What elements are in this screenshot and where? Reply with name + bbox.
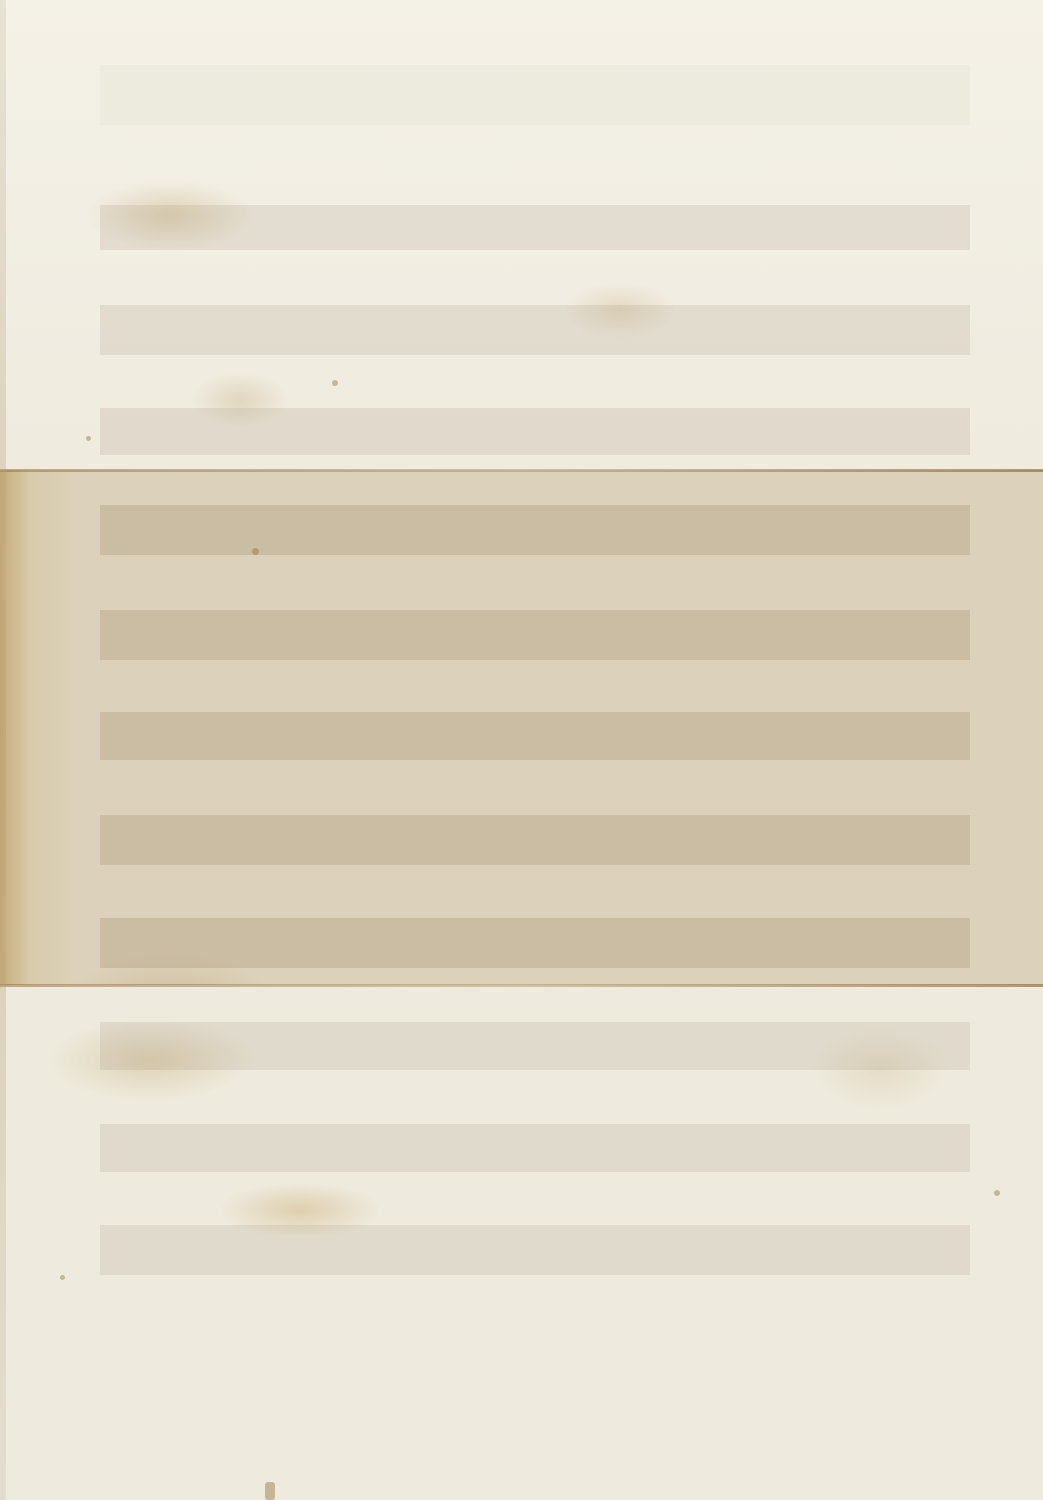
- ruled-band: [100, 305, 970, 355]
- ruled-band: [100, 1124, 970, 1172]
- ruled-band: [100, 1022, 970, 1070]
- foxing-spot: [994, 1190, 1000, 1196]
- fold-line-top: [0, 469, 1043, 472]
- paper-left-edge: [0, 0, 6, 1500]
- ruled-band: [100, 815, 970, 865]
- ruled-band: [100, 408, 970, 455]
- foxing-spot: [332, 380, 338, 386]
- ruled-band: [100, 918, 970, 968]
- ruled-band: [100, 205, 970, 250]
- foxing-spot: [265, 1482, 275, 1500]
- fold-line-bottom: [0, 984, 1043, 987]
- ruled-band: [100, 610, 970, 660]
- foxing-spot: [60, 1275, 65, 1280]
- aged-paper-sheet: [0, 0, 1043, 1500]
- ruled-band: [100, 65, 970, 125]
- ruled-band: [100, 1225, 970, 1275]
- foxing-spot: [86, 436, 91, 441]
- foxing-spot: [252, 548, 259, 555]
- ruled-band: [100, 712, 970, 760]
- ruled-band: [100, 505, 970, 555]
